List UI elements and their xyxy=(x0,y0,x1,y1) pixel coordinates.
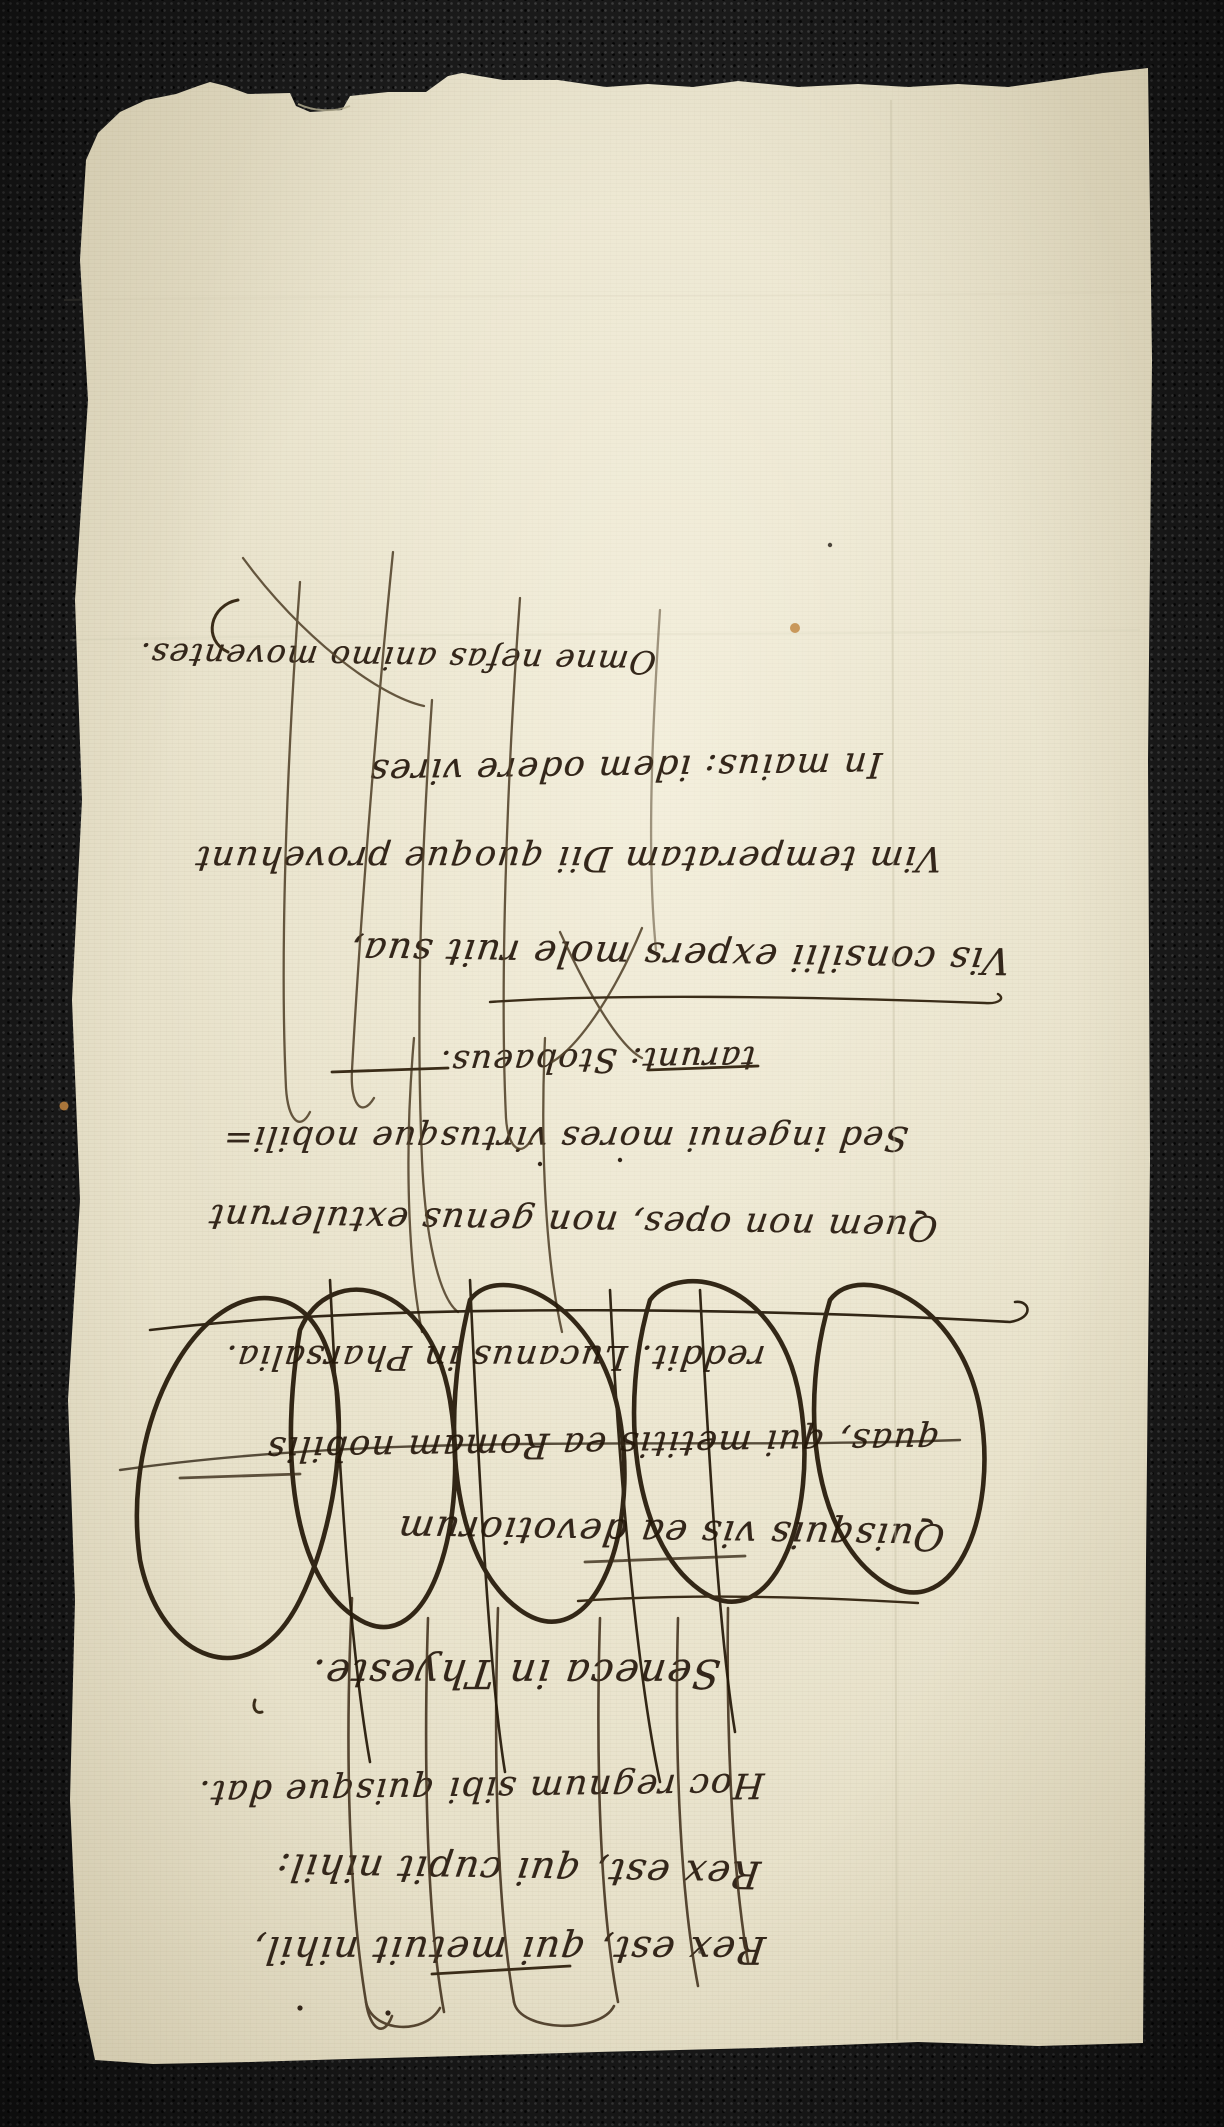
torn-edge-notch xyxy=(298,104,350,110)
tall-loop-cancellation xyxy=(348,1598,748,2029)
underline-stroke xyxy=(180,1066,758,1974)
scribble-cancellation xyxy=(120,1280,1028,1782)
tall-loop-cancellation xyxy=(243,552,660,1332)
flourish xyxy=(212,600,262,1712)
photograph: Omne nefas animo moventes. In maius: ide… xyxy=(0,0,1224,2127)
ink-dots xyxy=(297,1158,622,2016)
ink-marks-overlay xyxy=(0,0,1224,2127)
fox-stain xyxy=(60,543,833,1954)
fold-crease xyxy=(64,100,1145,2040)
